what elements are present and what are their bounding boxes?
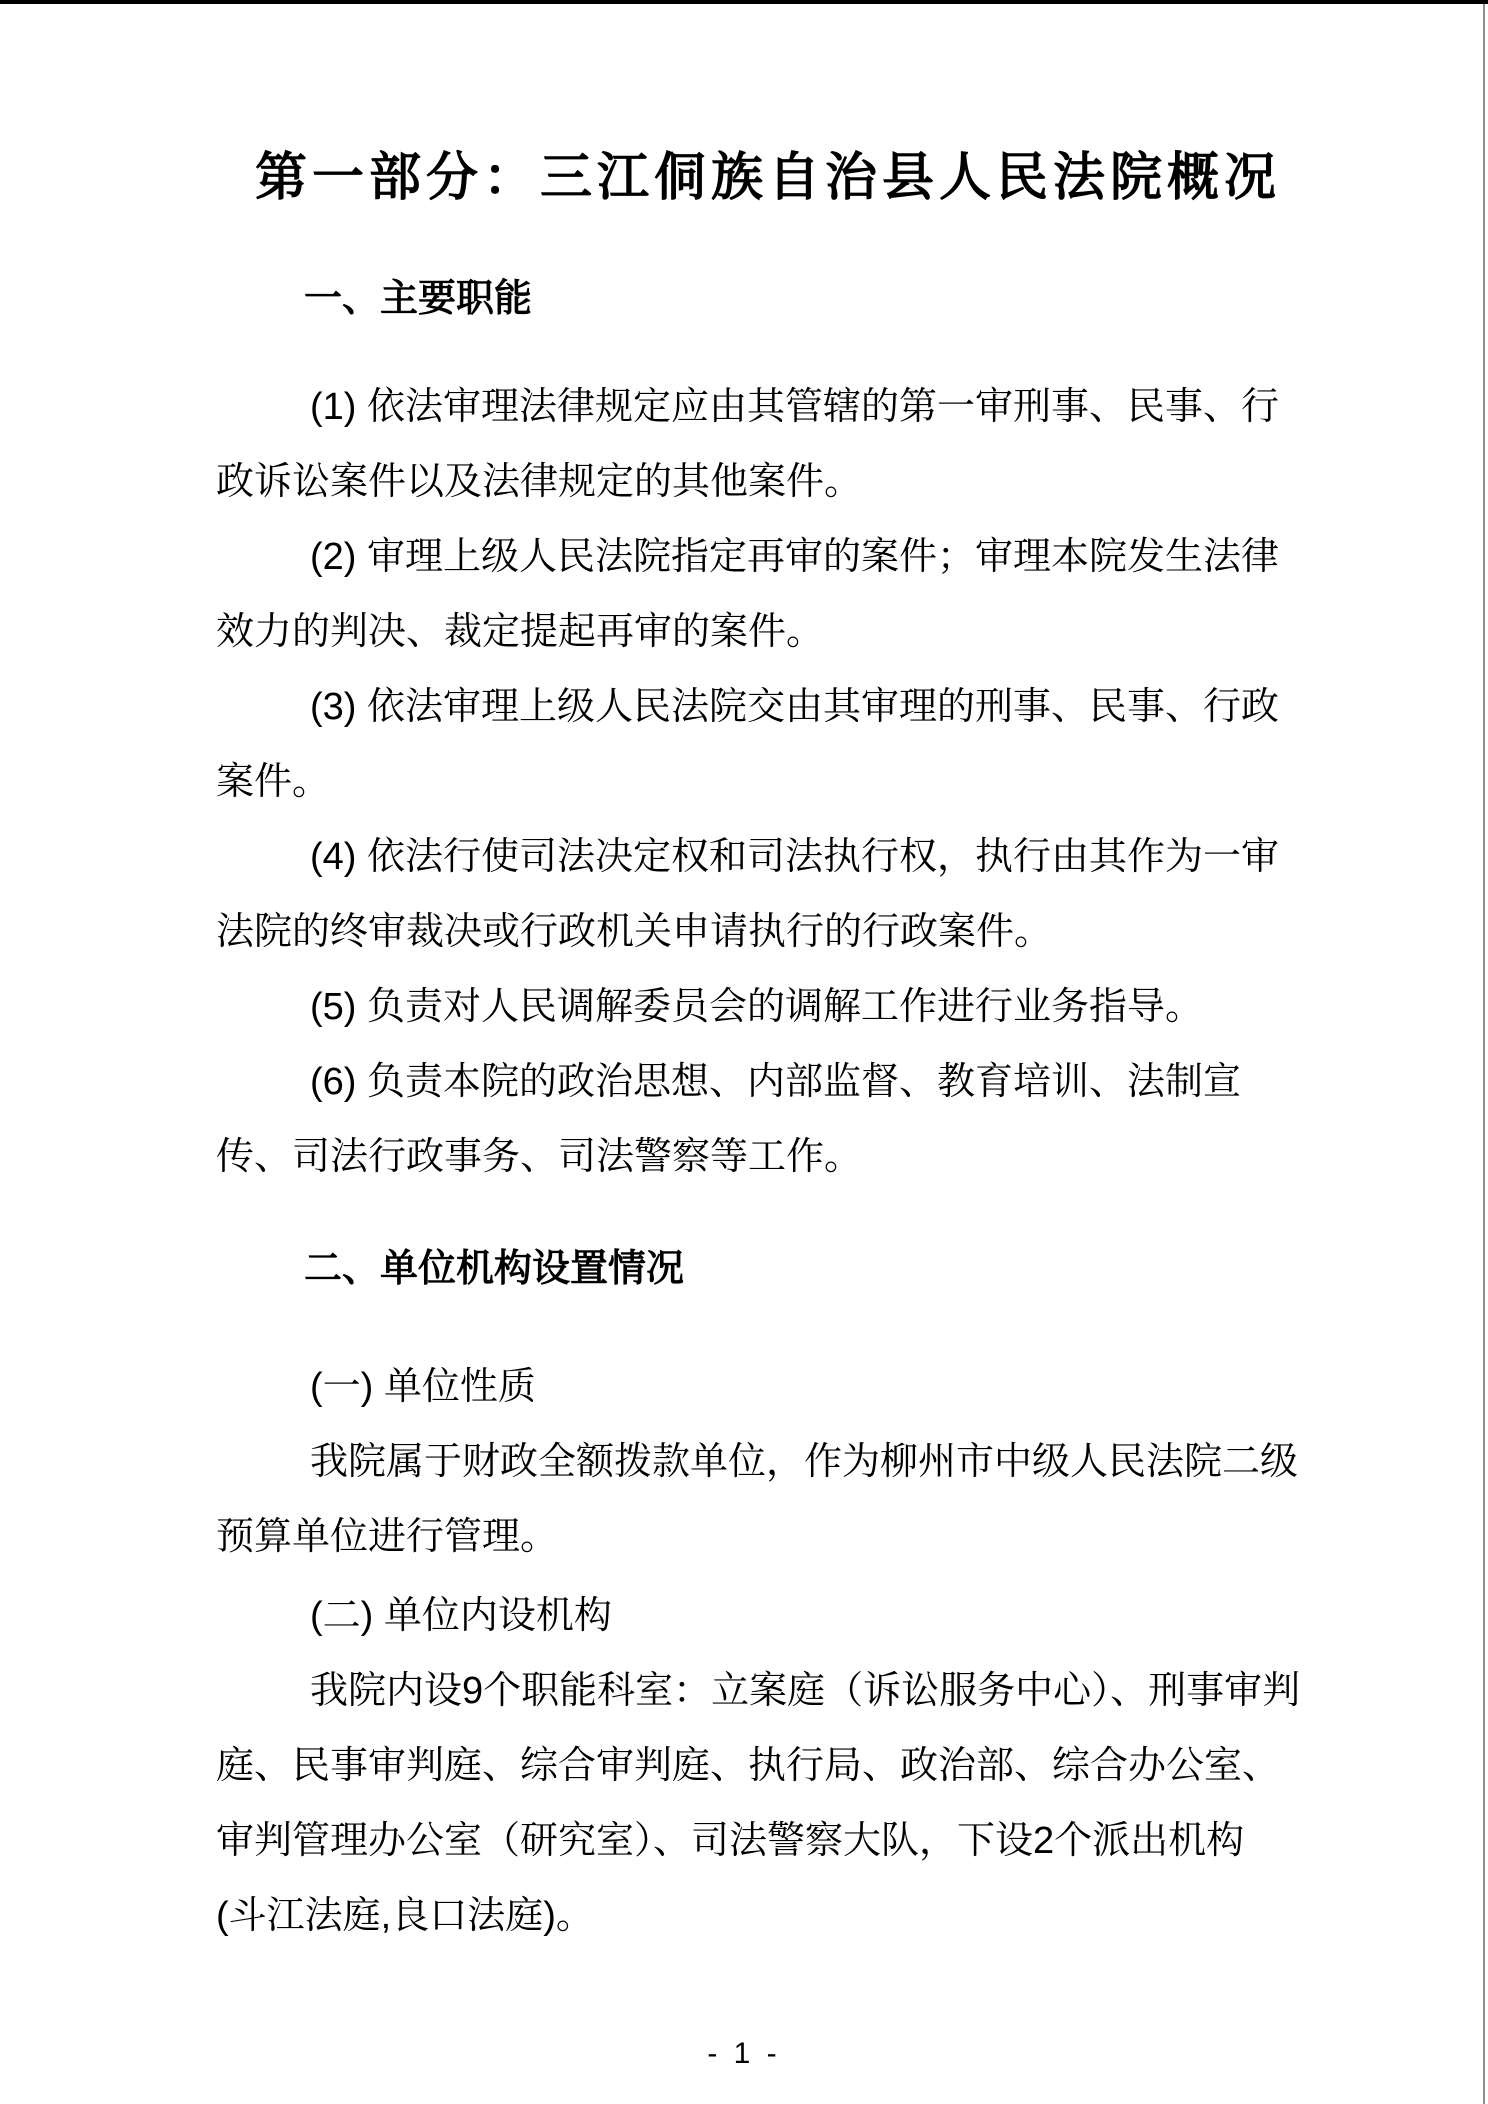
body-line: (6) 负责本院的政治思想、内部监督、教育培训、法制宣	[216, 1045, 1320, 1120]
body-line: 我院内设9个职能科室：立案庭（诉讼服务中心）、刑事审判	[216, 1654, 1320, 1729]
body-line: (4) 依法行使司法决定权和司法执行权，执行由其作为一审	[216, 820, 1320, 895]
body-line: (3) 依法审理上级人民法院交由其审理的刑事、民事、行政	[216, 670, 1320, 745]
body-line: 法院的终审裁决或行政机关申请执行的行政案件。	[216, 895, 1320, 970]
document-page: 第一部分：三江侗族自治县人民法院概况 一、主要职能 (1) 依法审理法律规定应由…	[0, 0, 1488, 2104]
section-1-heading: 一、主要职能	[216, 262, 1320, 337]
body-line: (1) 依法审理法律规定应由其管辖的第一审刑事、民事、行	[216, 370, 1320, 445]
body-line: 庭、民事审判庭、综合审判庭、执行局、政治部、综合办公室、	[216, 1729, 1320, 1804]
subsection-1-heading: (一) 单位性质	[216, 1350, 1320, 1425]
body-line: 预算单位进行管理。	[216, 1500, 1320, 1575]
body-line: 案件。	[216, 745, 1320, 820]
right-border	[1483, 4, 1485, 2104]
document-content: 第一部分：三江侗族自治县人民法院概况 一、主要职能 (1) 依法审理法律规定应由…	[216, 0, 1320, 1954]
body-line: 我院属于财政全额拨款单位，作为柳州市中级人民法院二级	[216, 1425, 1320, 1500]
body-line: 传、司法行政事务、司法警察等工作。	[216, 1120, 1320, 1195]
body-line: 效力的判决、裁定提起再审的案件。	[216, 595, 1320, 670]
body-line: (5) 负责对人民调解委员会的调解工作进行业务指导。	[216, 970, 1320, 1045]
page-number: - 1 -	[0, 2036, 1488, 2072]
section-2-heading: 二、单位机构设置情况	[216, 1232, 1320, 1307]
body-line: 政诉讼案件以及法律规定的其他案件。	[216, 445, 1320, 520]
body-line: (斗江法庭,良口法庭)。	[216, 1879, 1320, 1954]
body-line: 审判管理办公室（研究室）、司法警察大队，下设2个派出机构	[216, 1804, 1320, 1879]
body-line: (2) 审理上级人民法院指定再审的案件；审理本院发生法律	[216, 520, 1320, 595]
document-title: 第一部分：三江侗族自治县人民法院概况	[216, 0, 1320, 210]
subsection-2-heading: (二) 单位内设机构	[216, 1579, 1320, 1654]
